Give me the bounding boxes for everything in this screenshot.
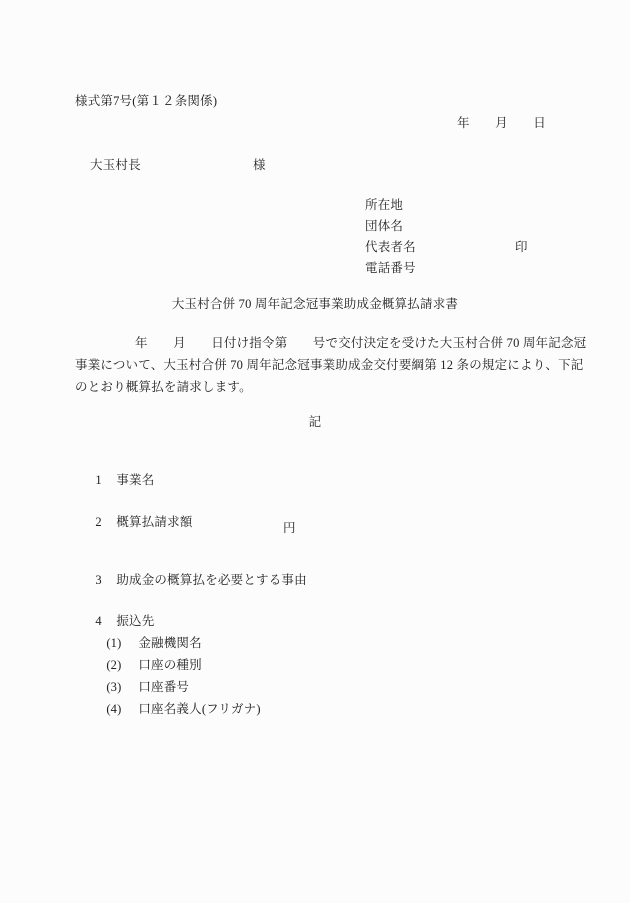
item-1-label: 事業名 (116, 473, 154, 487)
seal-placeholder: 印 (515, 239, 528, 255)
form-number: 様式第7号(第１２条関係) (75, 93, 217, 109)
item-1: 1事業名 (82, 456, 154, 504)
item-2-number: 2 (95, 514, 116, 530)
item-2-unit: 円 (283, 520, 296, 536)
body-line-3: のとおり概算払を請求します。 (75, 379, 252, 395)
document-page: 様式第7号(第１２条関係) 年 月 日 大玉村長 様 所在地 団体名 代表者名 … (0, 0, 630, 903)
sub-item-4-number: (4) (106, 701, 138, 717)
record-marker: 記 (0, 414, 630, 430)
body-line-1: 年 月 日付け指令第 号で交付決定を受けた大玉村合併 70 周年記念冠 (135, 335, 586, 351)
sub-item-4: (4)口座名義人(フリガナ) (93, 685, 261, 733)
body-line-2: 事業について、大玉村合併 70 周年記念冠事業助成金交付要綱第 12 条の規定に… (75, 357, 584, 373)
item-2: 2概算払請求額 (82, 498, 193, 546)
document-title: 大玉村合併 70 周年記念冠事業助成金概算払請求書 (0, 296, 630, 312)
sender-representative-label: 代表者名 (365, 239, 416, 255)
date-line: 年 月 日 (457, 115, 546, 131)
addressee-honorific: 様 (253, 157, 266, 173)
item-1-number: 1 (95, 472, 116, 488)
item-2-label: 概算払請求額 (116, 515, 192, 529)
item-3-number: 3 (95, 572, 116, 588)
sender-organization-label: 団体名 (365, 218, 403, 234)
item-3-label: 助成金の概算払を必要とする事由 (116, 573, 307, 587)
addressee-name: 大玉村長 (90, 157, 141, 173)
sender-address-label: 所在地 (365, 197, 403, 213)
sender-phone-label: 電話番号 (365, 260, 416, 276)
sub-item-4-label: 口座名義人(フリガナ) (138, 702, 260, 716)
